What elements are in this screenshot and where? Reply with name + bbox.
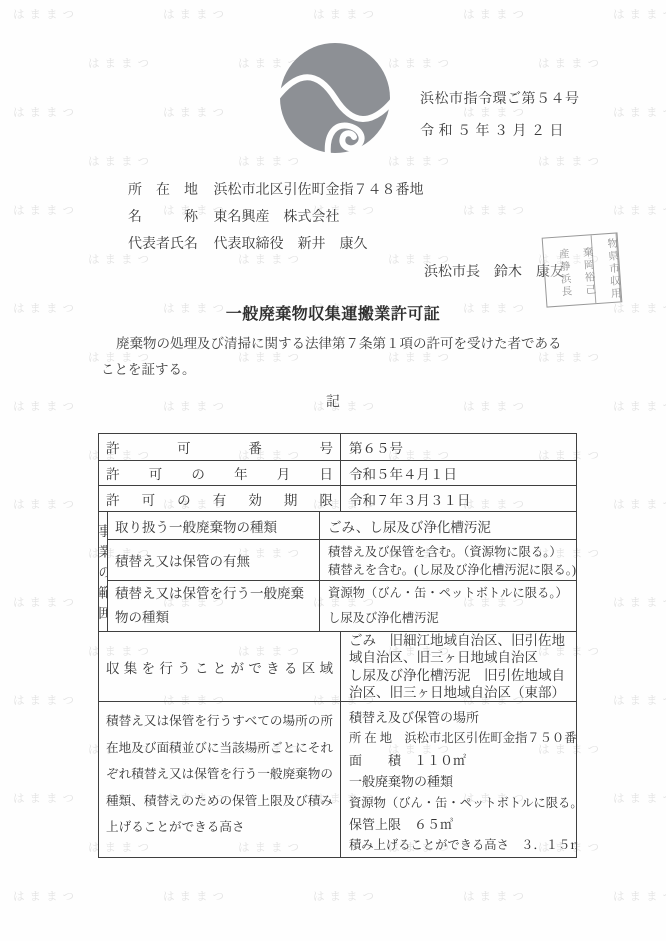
hamamatsu-city-emblem-icon: [278, 42, 392, 154]
table-row-collection-area: 収集を行うことができる区域 ごみ 旧細江地域自治区、旧引佐地域自治区、旧三ヶ日地…: [99, 631, 576, 701]
permit-number-label: 許可番号: [99, 434, 340, 460]
collection-area-line: ごみ 旧細江地域自治区、旧引佐地域自治区、旧三ヶ日地域自治区: [349, 632, 576, 667]
business-scope-header: 事業の範囲: [99, 512, 107, 631]
permit-document-page: はままつはままつはままつはままつはままつはままつはままつはままつはままつはままつ…: [0, 0, 666, 941]
table-row-transfer-storage: 積替え又は保管の有無 積替え及び保管を含む。（資源物に限る。） 積替えを含む。(…: [108, 539, 576, 580]
collection-area-line: し尿及び浄化槽汚泥 旧引佐地域自治区、旧三ヶ日地域自治区（東部）: [349, 667, 576, 702]
storage-places-line: 積替え及び保管の場所: [349, 707, 576, 728]
collection-area-label: 収集を行うことができる区域: [99, 632, 340, 701]
transfer-waste-label: 積替え又は保管を行う一般廃棄物の種類: [108, 581, 319, 631]
business-scope-rows: 取り扱う一般廃棄物の種類 ごみ、し尿及び浄化槽汚泥 積替え又は保管の有無 積替え…: [107, 512, 576, 631]
storage-places-line: 積み上げることができる高さ ３．１５ｍ: [349, 835, 576, 856]
collection-area-value: ごみ 旧細江地域自治区、旧引佐地域自治区、旧三ヶ日地域自治区 し尿及び浄化槽汚泥…: [340, 632, 576, 701]
issue-date: 令 和 ５ 年 ３ 月 ２ 日: [420, 120, 564, 140]
table-row-expiry: 許可の有効期限 令和７年３月３１日: [99, 485, 576, 511]
transfer-storage-value: 積替え及び保管を含む。（資源物に限る。） 積替えを含む。(し尿及び浄化槽汚泥に限…: [319, 540, 576, 580]
company-name-label: 名 称: [128, 204, 200, 231]
table-row-permit-number: 許可番号 第６５号: [99, 434, 576, 460]
stamp-column-right: 物県市収用: [592, 234, 622, 304]
ki-marker: 記: [0, 391, 666, 411]
addressee-name-row: 名 称 東名興産 株式会社: [128, 204, 424, 231]
representative-value: 代表取締役 新井 康久: [214, 237, 368, 252]
certification-statement: 廃棄物の処理及び清掃に関する法律第７条第１項の許可を受けた者であることを証する。: [101, 331, 571, 383]
table-row-business-scope: 事業の範囲 取り扱う一般廃棄物の種類 ごみ、し尿及び浄化槽汚泥 積替え又は保管の…: [99, 511, 576, 631]
addressee-location-row: 所 在 地 浜松市北区引佐町金指７４８番地: [128, 177, 424, 204]
addressee-block: 所 在 地 浜松市北区引佐町金指７４８番地 名 称 東名興産 株式会社 代表者氏…: [128, 177, 424, 258]
addressee-representative-row: 代表者氏名 代表取締役 新井 康久: [128, 231, 424, 258]
storage-places-value: 積替え及び保管の場所 所 在 地 浜松市北区引佐町金指７５０番１ 面 積 １１０…: [340, 702, 576, 857]
storage-places-line: 資源物（びん・缶・ペットボトルに限る。）: [349, 793, 576, 814]
company-name-value: 東名興産 株式会社: [214, 210, 340, 225]
table-row-transfer-waste-types: 積替え又は保管を行う一般廃棄物の種類 資源物（びん・缶・ペットボトルに限る。） …: [108, 580, 576, 631]
storage-places-line: 面 積 １１０㎡: [349, 750, 576, 771]
transfer-waste-line: 資源物（びん・缶・ペットボトルに限る。）: [328, 581, 576, 606]
permit-number-value: 第６５号: [340, 434, 576, 460]
storage-places-line: 所 在 地 浜松市北区引佐町金指７５０番１: [349, 728, 576, 749]
location-value: 浜松市北区引佐町金指７４８番地: [214, 183, 424, 198]
representative-label: 代表者氏名: [128, 231, 200, 258]
table-row-waste-types: 取り扱う一般廃棄物の種類 ごみ、し尿及び浄化槽汚泥: [108, 512, 576, 539]
storage-places-line: 保管上限 ６５㎥: [349, 814, 576, 835]
transfer-storage-label: 積替え又は保管の有無: [108, 540, 319, 580]
document-content: 浜松市指令環ご第５４号 令 和 ５ 年 ３ 月 ２ 日 所 在 地 浜松市北区引…: [0, 0, 666, 941]
expiry-value: 令和７年３月３１日: [340, 486, 576, 511]
table-row-permit-date: 許可の年月日 令和５年４月１日: [99, 460, 576, 485]
document-number: 浜松市指令環ご第５４号: [420, 88, 580, 108]
expiry-label: 許可の有効期限: [99, 486, 340, 511]
storage-places-line: 一般廃棄物の種類: [349, 771, 576, 792]
waste-types-value: ごみ、し尿及び浄化槽汚泥: [319, 512, 576, 539]
storage-places-label: 積替え又は保管を行うすべての場所の所在地及び面積並びに当該場所ごとにそれぞれ積替…: [99, 702, 340, 857]
transfer-storage-line: 積替えを含む。(し尿及び浄化槽汚泥に限る。): [328, 560, 576, 578]
transfer-waste-line: し尿及び浄化槽汚泥: [328, 606, 576, 631]
permit-details-table: 許可番号 第６５号 許可の年月日 令和５年４月１日 許可の有効期限 令和７年３月…: [98, 433, 577, 858]
table-row-storage-places: 積替え又は保管を行うすべての場所の所在地及び面積並びに当該場所ごとにそれぞれ積替…: [99, 701, 576, 857]
permit-date-value: 令和５年４月１日: [340, 461, 576, 485]
document-title: 一般廃棄物収集運搬業許可証: [0, 301, 666, 324]
waste-types-label: 取り扱う一般廃棄物の種類: [108, 512, 319, 539]
location-label: 所 在 地: [128, 177, 200, 204]
transfer-waste-value: 資源物（びん・缶・ペットボトルに限る。） し尿及び浄化槽汚泥: [319, 581, 576, 631]
transfer-storage-line: 積替え及び保管を含む。（資源物に限る。）: [328, 542, 576, 560]
permit-date-label: 許可の年月日: [99, 461, 340, 485]
official-seal-stamp: 産静浜長 棄岡裕己 物県市収用: [542, 232, 623, 307]
